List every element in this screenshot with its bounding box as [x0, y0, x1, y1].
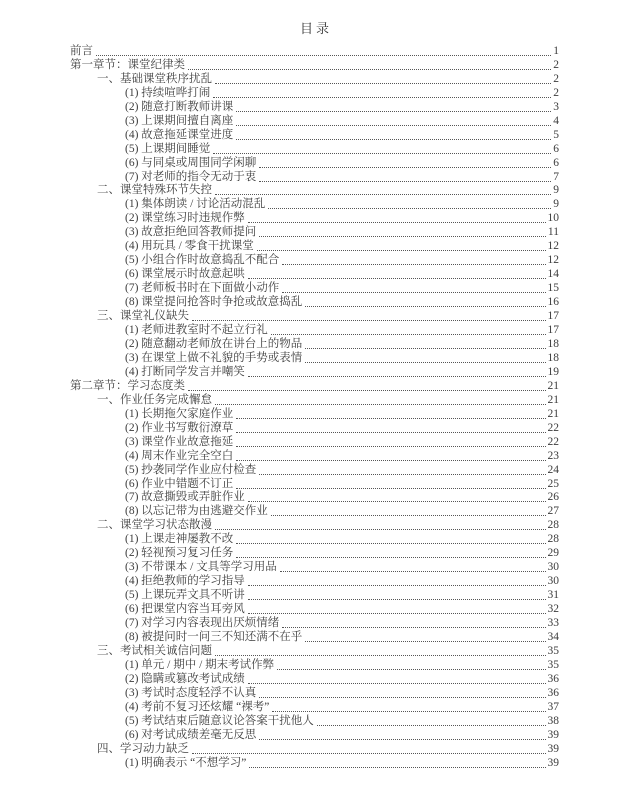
toc-page-number: 28	[548, 533, 560, 546]
toc-page-number: 30	[548, 561, 560, 574]
toc-entry: (1) 上课走神屡教不改 28	[70, 532, 559, 546]
toc-entry: (8) 课堂提问抢答时争抢或故意捣乱 16	[70, 295, 559, 309]
toc-page-number: 34	[548, 631, 560, 644]
toc-page-number: 30	[548, 575, 560, 588]
toc-entry: (3) 考试时态度轻浮不认真 36	[70, 686, 559, 700]
toc-dot-leader	[259, 236, 546, 237]
toc-dot-leader	[305, 306, 545, 307]
toc-entry-label: (8) 被提问时一问三不知还满不在乎	[125, 631, 302, 644]
toc-dot-leader	[236, 111, 551, 112]
toc-page-number: 9	[553, 184, 559, 197]
toc-page-number: 2	[553, 59, 559, 72]
toc-dot-leader	[96, 55, 551, 56]
toc-dot-leader	[259, 474, 545, 475]
toc-entry-label: (2) 随意打断教师讲课	[125, 101, 233, 114]
toc-entry: 四、学习动力缺乏 39	[70, 742, 559, 756]
page-title: 目录	[70, 18, 559, 37]
toc-entry: (4) 拒绝教师的学习指导 30	[70, 574, 559, 588]
toc-entry-label: (1) 持续喧哗打闹	[125, 87, 210, 100]
toc-entry-label: (6) 把课堂内容当耳旁风	[125, 603, 245, 616]
toc-entry: 第一章节：课堂纪律类 2	[70, 58, 559, 72]
toc-entry-label: (2) 作业书写敷衍潦草	[125, 422, 233, 435]
toc-page-number: 38	[548, 715, 560, 728]
toc-dot-leader	[259, 739, 545, 740]
toc-dot-leader	[248, 599, 546, 600]
toc-entry-label: (4) 拒绝教师的学习指导	[125, 575, 245, 588]
toc-entry: (5) 小组合作时故意捣乱不配合 12	[70, 253, 559, 267]
toc-page-number: 32	[548, 603, 560, 616]
toc-dot-leader	[236, 543, 545, 544]
toc-entry: (1) 持续喧哗打闹 2	[70, 86, 559, 100]
toc-dot-leader	[249, 767, 545, 768]
toc-entry-label: (3) 在课堂上做不礼貌的手势或表情	[125, 352, 302, 365]
toc-entry: (5) 上课玩弄文具不听讲 31	[70, 588, 559, 602]
toc-entry-label: (4) 打断同学发言并嘲笑	[125, 366, 245, 379]
toc-page-number: 39	[548, 729, 560, 742]
toc-dot-leader	[215, 529, 546, 530]
toc-entry: (1) 老师进教室时不起立行礼 17	[70, 323, 559, 337]
toc-dot-leader	[248, 376, 546, 377]
toc-dot-leader	[280, 571, 546, 572]
toc-dot-leader	[271, 334, 546, 335]
toc-entry: (5) 抄袭同学作业应付检查 24	[70, 463, 559, 477]
toc-entry: (2) 随意翻动老师放在讲台上的物品 18	[70, 337, 559, 351]
toc-entry-label: 四、学习动力缺乏	[97, 743, 189, 756]
toc-entry: 一、作业任务完成懈怠 21	[70, 393, 559, 407]
toc-page-number: 23	[548, 450, 560, 463]
toc-entry-label: (5) 上课玩弄文具不听讲	[125, 589, 245, 602]
toc-entry: (1) 明确表示 “不想学习” 39	[70, 756, 559, 770]
toc-page-number: 4	[553, 115, 559, 128]
toc-entry-label: (8) 以忘记带为由逃避交作业	[125, 505, 268, 518]
toc-entry: (3) 课堂作业故意拖延 22	[70, 435, 559, 449]
toc-entry-label: (7) 对学习内容表现出厌烦情绪	[125, 617, 279, 630]
toc-page-number: 35	[548, 645, 560, 658]
toc-entry-label: (1) 集体朗读 / 讨论活动混乱	[125, 198, 265, 211]
toc-page-number: 14	[548, 268, 560, 281]
toc-entry-label: (4) 用玩具 / 零食干扰课堂	[125, 240, 254, 253]
toc-page-number: 12	[548, 240, 560, 253]
toc-entry: 三、考试相关诚信问题 35	[70, 644, 559, 658]
toc-page-number: 5	[553, 129, 559, 142]
toc-dot-leader	[305, 641, 545, 642]
toc-dot-leader	[215, 404, 546, 405]
toc-entry-label: (2) 课堂练习时违规作弊	[125, 212, 245, 225]
toc-entry: (4) 周末作业完全空白 23	[70, 449, 559, 463]
toc-page-number: 2	[553, 73, 559, 86]
toc-page-number: 6	[553, 157, 559, 170]
toc-dot-leader	[192, 753, 546, 754]
toc-dot-leader	[272, 711, 545, 712]
toc-page-number: 35	[548, 659, 560, 672]
toc-dot-leader	[259, 181, 551, 182]
toc-dot-leader	[236, 460, 545, 461]
toc-entry: (3) 在课堂上做不礼貌的手势或表情 18	[70, 351, 559, 365]
toc-entry-label: (1) 单元 / 期中 / 期末考试作弊	[125, 659, 274, 672]
toc-entry: (4) 考前不复习还炫耀 “裸考” 37	[70, 700, 559, 714]
toc-page-number: 27	[548, 505, 560, 518]
toc-entry: (7) 老师板书时在下面做小动作 15	[70, 281, 559, 295]
toc-dot-leader	[236, 557, 545, 558]
toc-entry-label: (4) 故意拖延课堂进度	[125, 129, 233, 142]
toc-dot-leader	[215, 655, 546, 656]
toc-entry-label: (4) 考前不复习还炫耀 “裸考”	[125, 701, 269, 714]
toc-dot-leader	[236, 488, 545, 489]
toc-entry: (3) 不带课本 / 文具等学习用品 30	[70, 560, 559, 574]
toc-entry: 三、课堂礼仪缺失 17	[70, 309, 559, 323]
toc-dot-leader	[317, 725, 546, 726]
toc-entry-label: (3) 故意拒绝回答教师提问	[125, 226, 256, 239]
toc-dot-leader	[215, 83, 551, 84]
toc-page-number: 29	[548, 547, 560, 560]
toc-entry: (8) 以忘记带为由逃避交作业 27	[70, 504, 559, 518]
toc-entry: (2) 轻视预习复习任务 29	[70, 546, 559, 560]
toc-dot-leader	[305, 362, 545, 363]
toc-page-number: 18	[548, 352, 560, 365]
toc-entry: (6) 作业中错题不订正 25	[70, 477, 559, 491]
toc-entry: (6) 把课堂内容当耳旁风 32	[70, 602, 559, 616]
toc-entry: 第二章节：学习态度类 21	[70, 379, 559, 393]
toc-dot-leader	[236, 125, 551, 126]
toc-page-number: 7	[553, 171, 559, 184]
toc-page-number: 12	[548, 254, 560, 267]
toc-dot-leader	[236, 432, 545, 433]
toc-page-number: 36	[548, 673, 560, 686]
toc-entry: (2) 课堂练习时违规作弊 10	[70, 211, 559, 225]
toc-entry-label: 二、课堂特殊环节失控	[97, 184, 212, 197]
toc-page-number: 18	[548, 338, 560, 351]
toc-dot-leader	[259, 167, 551, 168]
toc-page-number: 28	[548, 519, 560, 532]
toc-dot-leader	[188, 69, 551, 70]
toc-entry-label: (5) 上课期间睡觉	[125, 143, 210, 156]
toc-entry-label: (6) 作业中错题不订正	[125, 478, 233, 491]
toc-dot-leader	[257, 250, 546, 251]
toc-page-number: 1	[553, 45, 559, 58]
toc-dot-leader	[248, 278, 546, 279]
toc-page-number: 2	[553, 87, 559, 100]
toc-dot-leader	[188, 390, 546, 391]
toc-dot-leader	[215, 194, 551, 195]
toc-entry: 二、课堂特殊环节失控 9	[70, 184, 559, 198]
toc-list: 前言 1 第一章节：课堂纪律类 2 一、基础课堂秩序扰乱 2 (1) 持续喧哗打…	[70, 44, 559, 770]
toc-page-number: 3	[553, 101, 559, 114]
toc-page-number: 36	[548, 687, 560, 700]
toc-page-number: 9	[553, 198, 559, 211]
toc-dot-leader	[268, 208, 551, 209]
toc-dot-leader	[282, 627, 545, 628]
toc-entry-label: (5) 小组合作时故意捣乱不配合	[125, 254, 279, 267]
toc-entry-label: 前言	[70, 45, 93, 58]
toc-dot-leader	[236, 418, 545, 419]
toc-entry: (7) 对老师的指令无动于衷 7	[70, 170, 559, 184]
toc-page-number: 21	[548, 380, 560, 393]
toc-page-number: 26	[548, 491, 560, 504]
toc-dot-leader	[282, 264, 545, 265]
toc-page-number: 10	[548, 212, 560, 225]
toc-entry-label: (2) 轻视预习复习任务	[125, 547, 233, 560]
toc-entry: (4) 用玩具 / 零食干扰课堂 12	[70, 239, 559, 253]
toc-page-number: 39	[548, 757, 560, 770]
toc-entry-label: (3) 课堂作业故意拖延	[125, 436, 233, 449]
toc-entry-label: (5) 考试结束后随意议论答案干扰他人	[125, 715, 314, 728]
toc-entry: 前言 1	[70, 44, 559, 58]
toc-entry-label: (2) 随意翻动老师放在讲台上的物品	[125, 338, 302, 351]
toc-page-number: 22	[548, 422, 560, 435]
toc-entry: (1) 长期拖欠家庭作业 21	[70, 407, 559, 421]
toc-entry-label: (3) 上课期间擅自离座	[125, 115, 233, 128]
toc-entry-label: (3) 不带课本 / 文具等学习用品	[125, 561, 277, 574]
toc-dot-leader	[277, 669, 545, 670]
toc-dot-leader	[248, 585, 546, 586]
toc-entry-label: (3) 考试时态度轻浮不认真	[125, 687, 256, 700]
toc-page-number: 21	[548, 394, 560, 407]
toc-dot-leader	[248, 222, 546, 223]
toc-entry-label: (7) 故意撕毁或弄脏作业	[125, 491, 245, 504]
toc-page-number: 17	[548, 324, 560, 337]
toc-dot-leader	[236, 446, 545, 447]
toc-entry-label: (1) 长期拖欠家庭作业	[125, 408, 233, 421]
toc-page-number: 37	[548, 701, 560, 714]
toc-entry: (3) 故意拒绝回答教师提问 11	[70, 225, 559, 239]
toc-entry: (2) 隐瞒或篡改考试成绩 36	[70, 672, 559, 686]
toc-entry: (2) 作业书写敷衍潦草 22	[70, 421, 559, 435]
toc-entry-label: (8) 课堂提问抢答时争抢或故意捣乱	[125, 296, 302, 309]
toc-page-number: 17	[548, 310, 560, 323]
toc-entry-label: 第二章节：学习态度类	[70, 380, 185, 393]
toc-entry: (8) 被提问时一问三不知还满不在乎 34	[70, 630, 559, 644]
document-page: 目录 前言 1 第一章节：课堂纪律类 2 一、基础课堂秩序扰乱 2 (1) 持续…	[0, 0, 640, 798]
toc-entry-label: 第一章节：课堂纪律类	[70, 59, 185, 72]
toc-dot-leader	[259, 697, 545, 698]
toc-page-number: 22	[548, 436, 560, 449]
toc-entry: (7) 对学习内容表现出厌烦情绪 33	[70, 616, 559, 630]
toc-entry-label: 三、考试相关诚信问题	[97, 645, 212, 658]
toc-page-number: 11	[548, 226, 559, 239]
toc-entry-label: (7) 老师板书时在下面做小动作	[125, 282, 279, 295]
toc-entry-label: (5) 抄袭同学作业应付检查	[125, 464, 256, 477]
toc-page-number: 25	[548, 478, 560, 491]
toc-entry-label: (7) 对老师的指令无动于衷	[125, 171, 256, 184]
toc-page-number: 33	[548, 617, 560, 630]
toc-entry-label: (6) 课堂展示时故意起哄	[125, 268, 245, 281]
toc-entry: (2) 随意打断教师讲课 3	[70, 100, 559, 114]
toc-entry-label: 二、课堂学习状态散漫	[97, 519, 212, 532]
toc-entry-label: (1) 上课走神屡教不改	[125, 533, 233, 546]
toc-entry: (6) 与同桌或周围同学闲聊 6	[70, 156, 559, 170]
toc-page-number: 6	[553, 143, 559, 156]
toc-page-number: 31	[548, 589, 560, 602]
toc-entry-label: (4) 周末作业完全空白	[125, 450, 233, 463]
toc-entry-label: (6) 对考试成绩差毫无反思	[125, 729, 256, 742]
toc-page-number: 21	[548, 408, 560, 421]
toc-entry: (6) 课堂展示时故意起哄 14	[70, 267, 559, 281]
toc-dot-leader	[282, 292, 545, 293]
toc-entry-label: (1) 老师进教室时不起立行礼	[125, 324, 268, 337]
toc-entry: (7) 故意撕毁或弄脏作业 26	[70, 491, 559, 505]
toc-page-number: 39	[548, 743, 560, 756]
toc-dot-leader	[213, 97, 551, 98]
toc-entry-label: 一、基础课堂秩序扰乱	[97, 73, 212, 86]
toc-entry: (4) 打断同学发言并嘲笑 19	[70, 365, 559, 379]
toc-entry: 二、课堂学习状态散漫 28	[70, 518, 559, 532]
toc-dot-leader	[213, 153, 551, 154]
toc-entry: (3) 上课期间擅自离座 4	[70, 114, 559, 128]
toc-entry-label: (1) 明确表示 “不想学习”	[125, 757, 246, 770]
toc-entry: (6) 对考试成绩差毫无反思 39	[70, 728, 559, 742]
toc-dot-leader	[305, 348, 545, 349]
toc-entry: (5) 考试结束后随意议论答案干扰他人 38	[70, 714, 559, 728]
toc-entry: 一、基础课堂秩序扰乱 2	[70, 72, 559, 86]
toc-page-number: 16	[548, 296, 560, 309]
toc-dot-leader	[236, 139, 551, 140]
toc-entry-label: (6) 与同桌或周围同学闲聊	[125, 157, 256, 170]
toc-dot-leader	[248, 501, 546, 502]
toc-dot-leader	[248, 613, 546, 614]
toc-page-number: 24	[548, 464, 560, 477]
toc-entry: (5) 上课期间睡觉 6	[70, 142, 559, 156]
toc-page-number: 19	[548, 366, 560, 379]
toc-entry-label: 三、课堂礼仪缺失	[97, 310, 189, 323]
toc-dot-leader	[271, 515, 546, 516]
toc-entry-label: (2) 隐瞒或篡改考试成绩	[125, 673, 245, 686]
toc-dot-leader	[192, 320, 546, 321]
toc-page-number: 15	[548, 282, 560, 295]
toc-entry: (1) 单元 / 期中 / 期末考试作弊 35	[70, 658, 559, 672]
toc-dot-leader	[248, 683, 546, 684]
toc-entry-label: 一、作业任务完成懈怠	[97, 394, 212, 407]
toc-entry: (1) 集体朗读 / 讨论活动混乱 9	[70, 197, 559, 211]
toc-entry: (4) 故意拖延课堂进度 5	[70, 128, 559, 142]
